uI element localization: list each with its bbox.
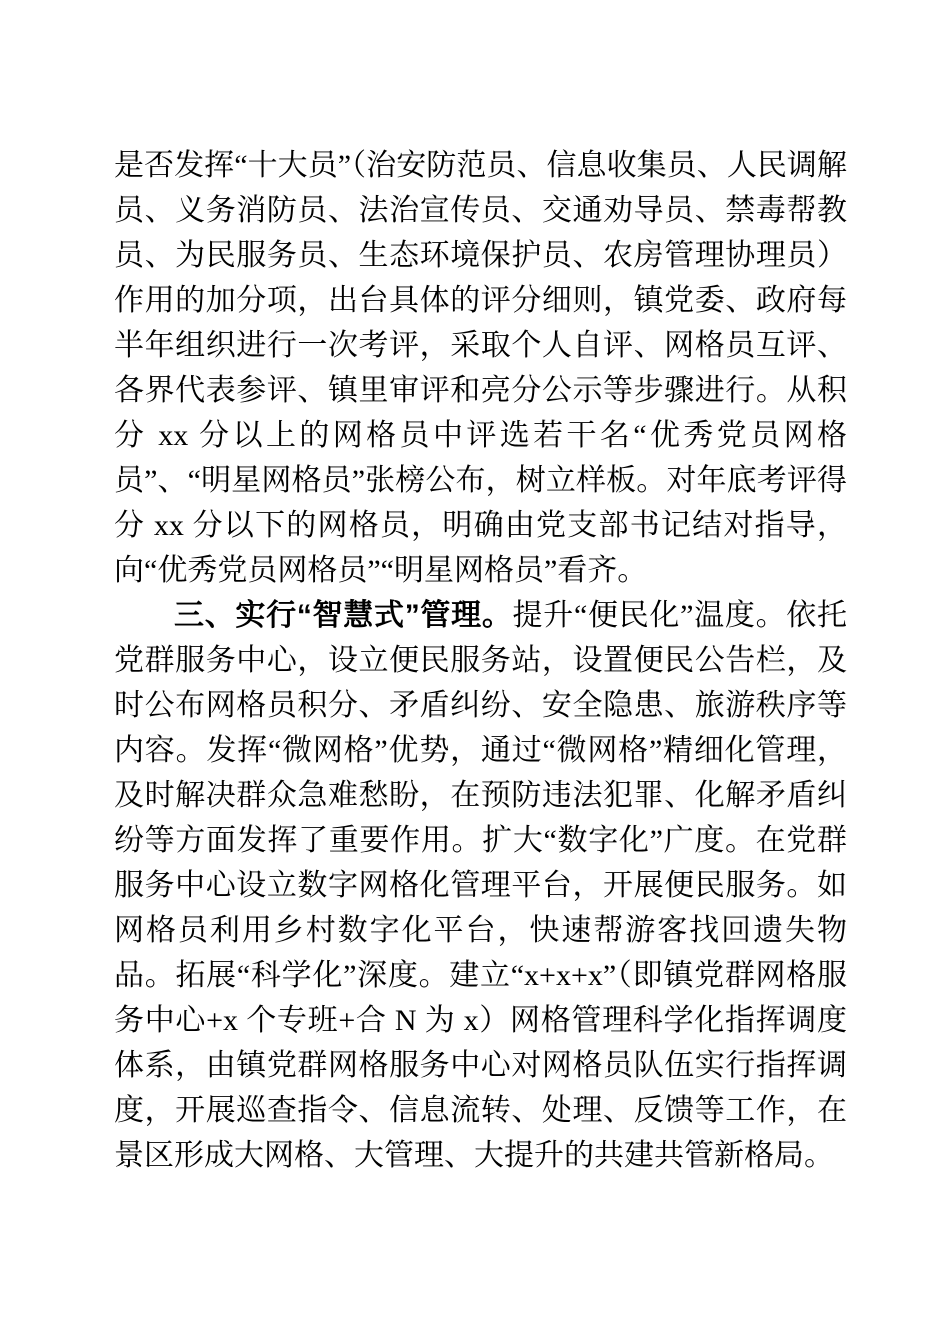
paragraph-continuation: 是否发挥“十大员”（治安防范员、信息收集员、人民调解员、义务消防员、法治宣传员、…: [114, 143, 847, 593]
document-body: 是否发挥“十大员”（治安防范员、信息收集员、人民调解员、义务消防员、法治宣传员、…: [114, 143, 847, 1178]
body-text-run: 提升“便民化”温度。依托党群服务中心，设立便民服务站，设置便民公告栏，及时公布网…: [114, 599, 847, 1172]
body-text-run: 是否发挥“十大员”（治安防范员、信息收集员、人民调解员、义务消防员、法治宣传员、…: [114, 149, 847, 587]
paragraph-section-three: 三、实行“智慧式”管理。提升“便民化”温度。依托党群服务中心，设立便民服务站，设…: [114, 593, 847, 1178]
section-heading-run: 三、实行“智慧式”管理。: [174, 599, 513, 632]
document-page: 是否发挥“十大员”（治安防范员、信息收集员、人民调解员、义务消防员、法治宣传员、…: [0, 0, 950, 1344]
